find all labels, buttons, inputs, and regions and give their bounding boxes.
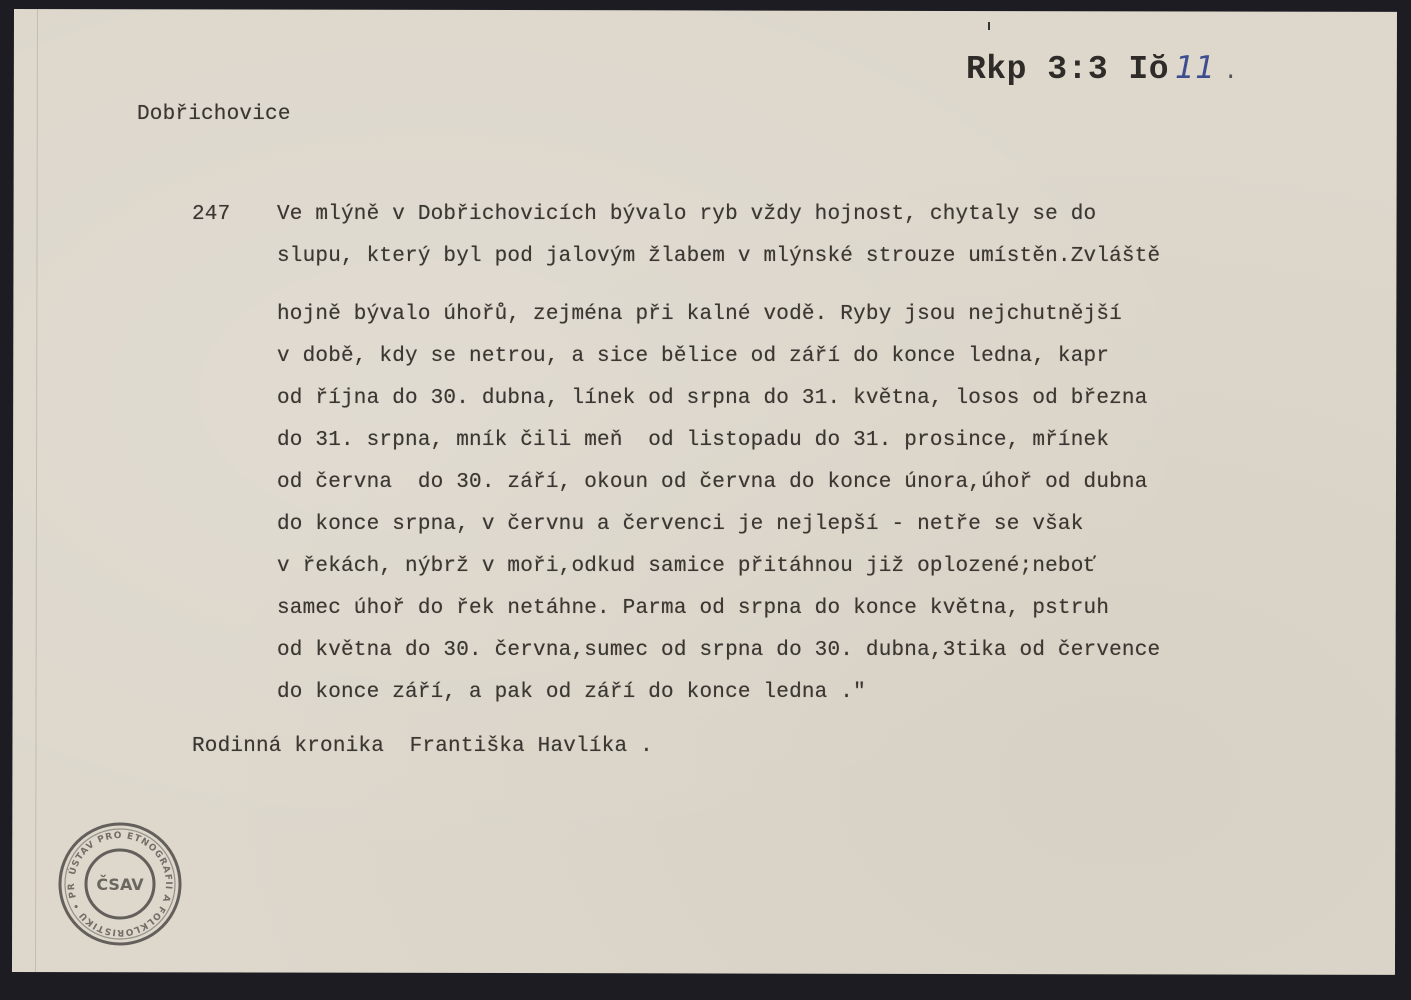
stamp-center-text: ČSAV [96,875,144,894]
entry-line: samec úhoř do řek netáhne. Parma od srpn… [277,597,1109,620]
entry-line: v řekách, nýbrž v moři,odkud samice přit… [277,555,1096,578]
entry-line: od května do 30. června,sumec od srpna d… [277,639,1160,662]
archive-stamp-icon: ÚSTAV PRO ETNOGRAFII A FOLKLORISTIKU • P… [56,820,184,948]
entry-line: do 31. srpna, mník čili meň od listopadu… [277,429,1109,452]
shelfmark-typed: Rkp 3:3 Iŏ [966,51,1169,88]
shelfmark: Rkp 3:3 Iŏ11. [966,50,1238,88]
entry-line: do konce září, a pak od září do konce le… [277,681,866,704]
entry-line: od června do 30. září, okoun od června d… [277,471,1148,494]
entry-line: hojně bývalo úhořů, zejména při kalné vo… [277,303,1122,326]
source-citation: Rodinná kronika Františka Havlíka . [192,735,653,758]
scanned-document: Rkp 3:3 Iŏ11. Dobřichovice 247 Ve mlýně … [0,0,1411,1000]
entry-line: do konce srpna, v červnu a červenci je n… [277,513,1084,536]
entry-line: od října do 30. dubna, línek od srpna do… [277,387,1148,410]
shelfmark-handwritten-number: 11 [1175,50,1215,86]
entry-line: v době, kdy se netrou, a sice bělice od … [277,345,1109,368]
entry-line: slupu, který byl pod jalovým žlabem v ml… [277,245,1160,268]
paper-crease [35,9,38,972]
entry-number: 247 [192,203,230,226]
shelfmark-dot: . [1224,59,1239,86]
entry-line: Ve mlýně v Dobřichovicích bývalo ryb vžd… [277,203,1096,226]
ink-mark [988,22,990,30]
place-name-heading: Dobřichovice [137,103,291,126]
